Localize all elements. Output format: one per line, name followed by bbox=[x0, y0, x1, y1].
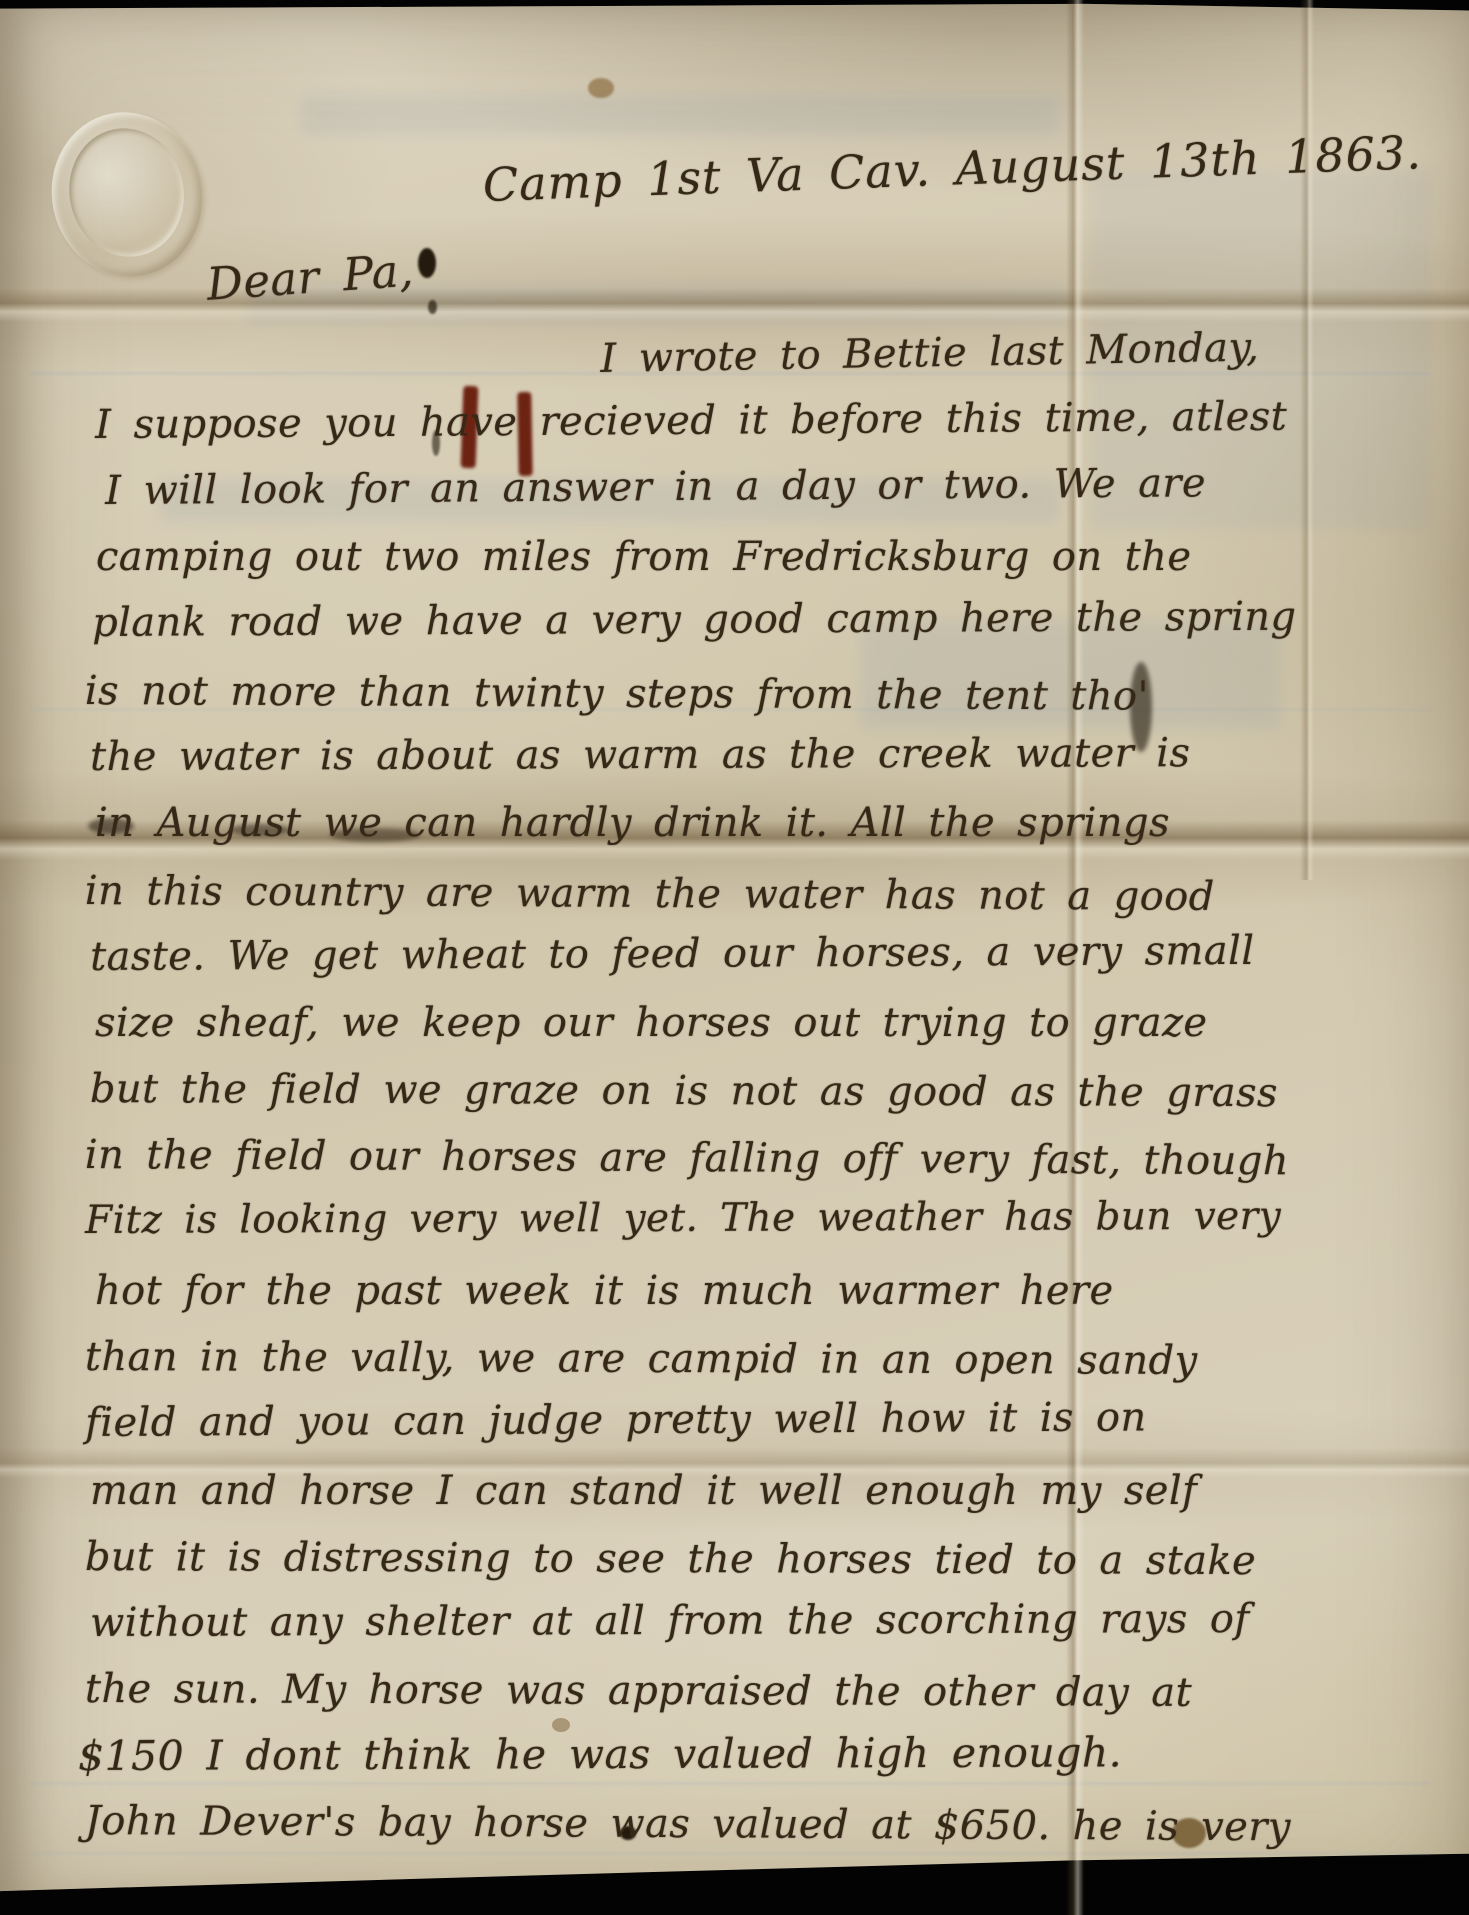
letter-line: $150 I dont think he was valued high eno… bbox=[78, 1728, 1122, 1780]
letter-line: I suppose you have recieved it before th… bbox=[95, 394, 1287, 448]
letter-line: size sheaf, we keep our horses out tryin… bbox=[95, 1000, 1208, 1046]
letter-line: but it is distressing to see the horses … bbox=[85, 1534, 1256, 1584]
letter-line: without any shelter at all from the scor… bbox=[90, 1596, 1250, 1646]
letter-line: hot for the past week it is much warmer … bbox=[95, 1268, 1114, 1314]
letter-line: the sun. My horse was appraised the othe… bbox=[85, 1666, 1192, 1716]
letter-line: plank road we have a very good camp here… bbox=[92, 594, 1297, 646]
scanned-letter-page: { "document": { "kind": "handwritten let… bbox=[0, 0, 1469, 1915]
letter-line: in this country are warm the water has n… bbox=[85, 868, 1215, 920]
letter-line: Fitz is looking very well yet. The weath… bbox=[85, 1194, 1281, 1243]
letter-line: taste. We get wheat to feed our horses, … bbox=[90, 928, 1255, 980]
letter-line: the water is about as warm as the creek … bbox=[90, 730, 1190, 780]
letter-line: in August we can hardly drink it. All th… bbox=[95, 800, 1170, 846]
letter-line: field and you can judge pretty well how … bbox=[85, 1394, 1147, 1446]
letter-line: but the field we graze on is not as good… bbox=[90, 1066, 1278, 1116]
letter-line: than in the vally, we are campid in an o… bbox=[85, 1334, 1198, 1384]
letter-line: camping out two miles from Fredricksburg… bbox=[96, 534, 1191, 580]
letter-line: is not more than twinty steps from the t… bbox=[85, 668, 1149, 720]
letter-line: in the field our horses are falling off … bbox=[85, 1132, 1289, 1184]
letter-line: man and horse I can stand it well enough… bbox=[90, 1468, 1197, 1514]
letter-line: John Dever's bay horse was valued at $65… bbox=[85, 1798, 1291, 1850]
letter-line: I will look for an answer in a day or tw… bbox=[105, 460, 1206, 514]
